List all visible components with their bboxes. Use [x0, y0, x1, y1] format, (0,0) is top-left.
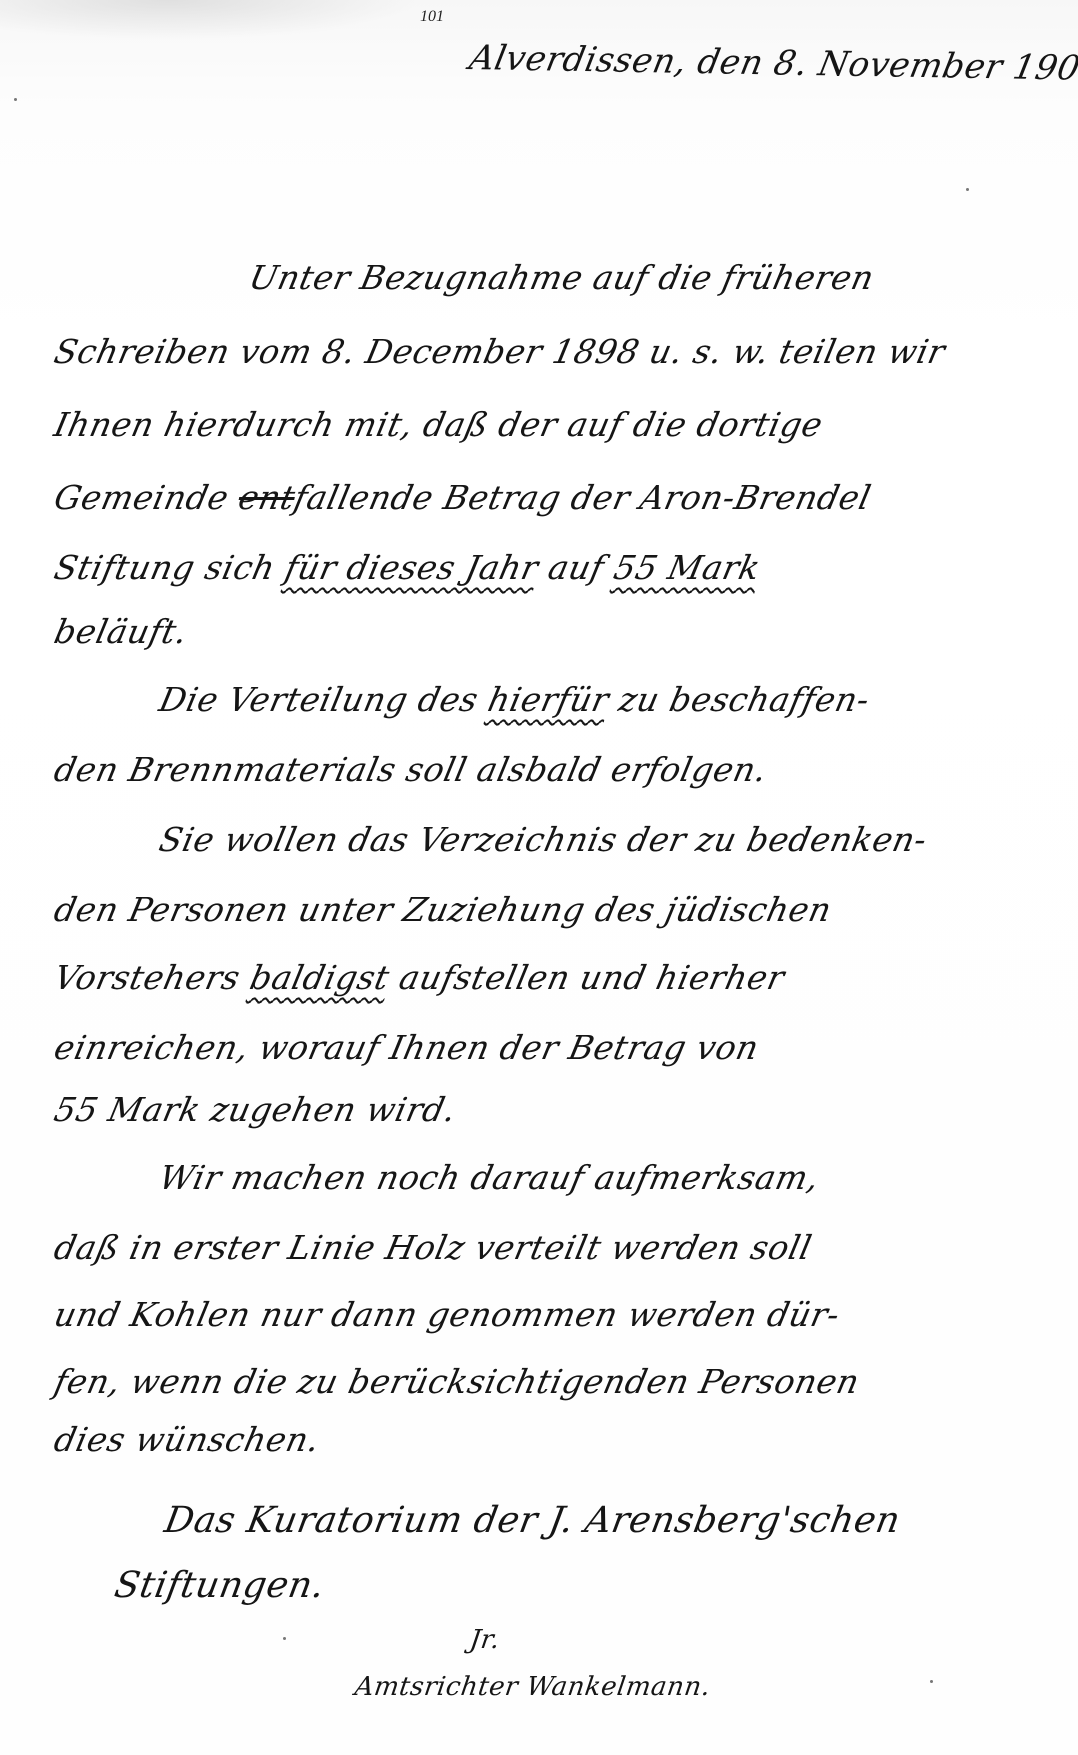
folio-number: 101 [420, 8, 444, 26]
body-line-7: Die Verteilung des hierfür zu beschaffen… [156, 680, 873, 719]
body-line-8: den Brennmaterials soll alsbald erfolgen… [51, 750, 771, 789]
paper-speck [930, 1680, 933, 1683]
underlined-text: für dieses Jahr [282, 548, 543, 587]
body-line-15: daß in erster Linie Holz verteilt werden… [51, 1228, 816, 1267]
body-line-5: Stiftung sich für dieses Jahr auf 55 Mar… [51, 548, 764, 587]
place: Alverdissen [466, 38, 679, 82]
closing-line-2: Stiftungen. [111, 1565, 328, 1606]
body-line-1: Unter Bezugnahme auf die früheren [246, 258, 878, 297]
body-line-2: Schreiben vom 8. December 1898 u. s. w. … [51, 332, 949, 371]
text-segment: Vorstehers [51, 958, 255, 997]
body-line-6: beläuft. [51, 612, 191, 651]
body-line-11: Vorstehers baldigst aufstellen und hierh… [51, 958, 788, 997]
text-segment: zu beschaffen- [604, 680, 873, 719]
paper-speck [14, 98, 17, 101]
dateline: Alverdissen, den 8. November 1900. [466, 38, 1078, 89]
body-line-17: fen, wenn die zu berücksichtigenden Pers… [51, 1362, 863, 1401]
text-segment: Stiftung sich [51, 548, 290, 587]
letter-page: 101 Alverdissen, den 8. November 1900. U… [0, 0, 1078, 1755]
date: den 8. November 1900. [694, 42, 1078, 89]
per-abbreviation: Jr. [468, 1625, 502, 1655]
signature: Amtsrichter Wankelmann. [353, 1672, 713, 1702]
text-segment: aufstellen und hierher [385, 958, 788, 997]
body-line-4: Gemeinde entfallende Betrag der Aron-Bre… [51, 478, 875, 517]
text-segment: Gemeinde [51, 478, 243, 517]
body-line-12: einreichen, worauf Ihnen der Betrag von [51, 1028, 763, 1067]
text-segment: Die Verteilung des [156, 680, 493, 719]
body-line-3: Ihnen hierdurch mit, daß der auf die dor… [51, 405, 827, 444]
body-line-10: den Personen unter Zuziehung des jüdisch… [51, 890, 835, 929]
body-line-18: dies wünschen. [51, 1420, 324, 1459]
paper-speck [966, 188, 969, 191]
body-line-9: Sie wollen das Verzeichnis der zu bedenk… [156, 820, 931, 859]
paper-speck [283, 1637, 286, 1640]
underlined-text: baldigst [247, 958, 394, 997]
struck-text: ent [235, 478, 299, 517]
text-segment: auf [534, 548, 619, 587]
underlined-amount: 55 Mark [610, 548, 764, 587]
body-line-16: und Kohlen nur dann genommen werden dür- [51, 1295, 844, 1334]
text-segment: fallende Betrag der Aron-Brendel [291, 478, 875, 517]
paper-shadow [0, 0, 420, 40]
closing-line-1: Das Kuratorium der J. Arensberg'schen [161, 1500, 903, 1541]
body-line-13: 55 Mark zugehen wird. [51, 1090, 460, 1129]
body-line-14: Wir machen noch darauf aufmerksam, [156, 1158, 823, 1197]
underlined-text: hierfür [485, 680, 613, 719]
